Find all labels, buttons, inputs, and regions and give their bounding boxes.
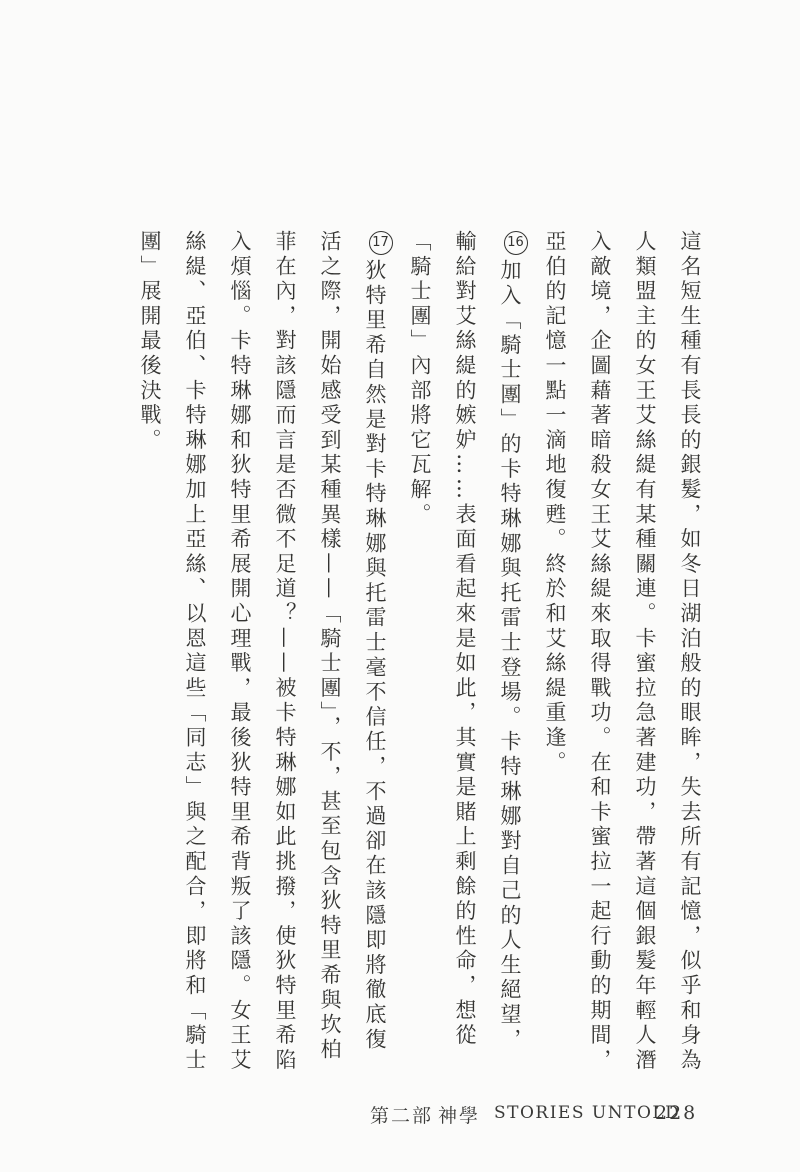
paragraph-intro: 這名短生種有長長的銀髮，如冬日湖泊般的眼眸，失去所有記憶，似乎和身為人類盟主的女… (532, 230, 712, 1075)
book-page: 這名短生種有長長的銀髮，如冬日湖泊般的眼眸，失去所有記憶，似乎和身為人類盟主的女… (0, 0, 800, 1172)
footer-chapter-label: 神學 (438, 1101, 480, 1128)
footer-series-title: STORIES UNTOLD (494, 1103, 680, 1123)
vertical-text-block: 這名短生種有長長的銀髮，如冬日湖泊般的眼眸，失去所有記憶，似乎和身為人類盟主的女… (127, 230, 712, 1075)
paragraph-text: 加入「騎士團」的卡特琳娜與托雷士登場。卡特琳娜對自己的人生絕望，輸給對艾絲緹的嫉… (408, 230, 522, 1053)
paragraph-text: 狄特里希自然是對卡特琳娜與托雷士毫不信任，不過卻在該隱即將徹底復活之際，開始感受… (138, 230, 387, 1073)
paragraph-text: 這名短生種有長長的銀髮，如冬日湖泊般的眼眸，失去所有記憶，似乎和身為人類盟主的女… (543, 230, 702, 1073)
page-footer: 第二部 神學 STORIES UNTOLD 228 (0, 1101, 800, 1133)
page-number: 228 (655, 1102, 697, 1124)
circled-number-17-icon: 17 (369, 231, 393, 255)
circled-number-16-icon: 16 (504, 231, 528, 255)
footer-part-label: 第二部 (370, 1101, 433, 1128)
paragraph-item-16: 16加入「騎士團」的卡特琳娜與托雷士登場。卡特琳娜對自己的人生絕望，輸給對艾絲緹… (397, 230, 532, 1075)
paragraph-item-17: 17狄特里希自然是對卡特琳娜與托雷士毫不信任，不過卻在該隱即將徹底復活之際，開始… (127, 230, 397, 1075)
